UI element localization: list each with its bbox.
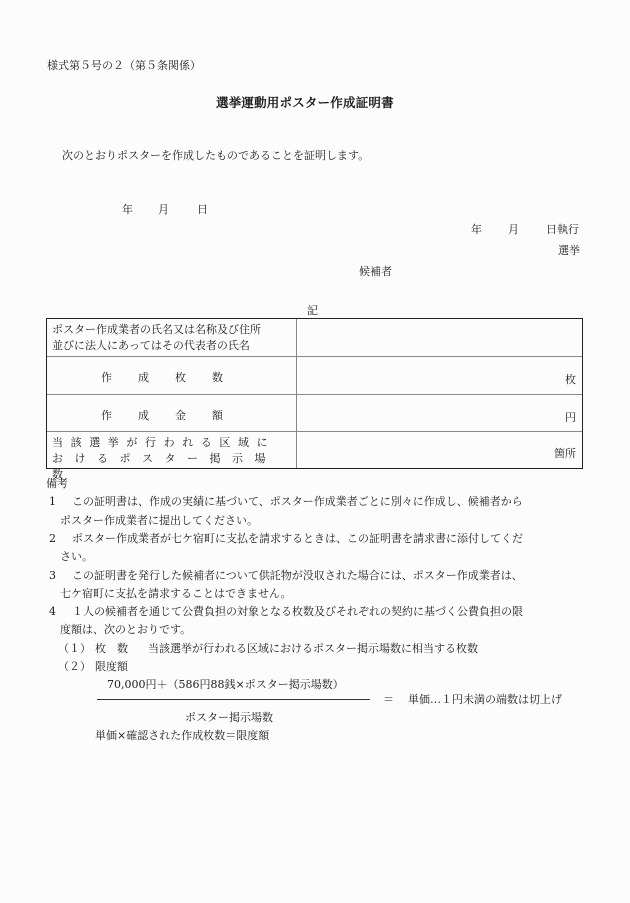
table-row-vendor: ポスター作成業者の氏名又は名称及び住所 並びに法人にあってはその代表者の氏名 — [47, 319, 582, 356]
table-row-count: 作 成 枚 数 枚 — [47, 356, 582, 394]
election-year: 年 — [471, 224, 482, 235]
election-month: 月 — [508, 224, 519, 235]
form-number: 様式第５号の２（第５条関係） — [47, 60, 201, 71]
formula-equals: ＝ — [383, 694, 394, 705]
table-row-amount: 作 成 金 額 円 — [47, 394, 582, 431]
vendor-label: ポスター作成業者の氏名又は名称及び住所 並びに法人にあってはその代表者の氏名 — [52, 322, 292, 354]
sites-label: 当該選挙が行われる区域に おけるポスター掲示場数 — [52, 435, 292, 483]
table-row-sites: 当該選挙が行われる区域に おけるポスター掲示場数 箇所 — [47, 431, 582, 468]
election-label: 選挙 — [558, 245, 580, 256]
formula-numerator: 70,000円＋（586円88銭×ポスター掲示場数） — [107, 679, 344, 690]
certificate-table: ポスター作成業者の氏名又は名称及び住所 並びに法人にあってはその代表者の氏名 作… — [46, 318, 583, 469]
page-title: 選挙運動用ポスター作成証明書 — [216, 97, 394, 110]
issue-year: 年 — [122, 204, 133, 215]
issue-month: 月 — [158, 204, 169, 215]
amount-label: 作 成 金 額 — [77, 408, 247, 424]
count-unit: 枚 — [565, 371, 576, 387]
issue-day: 日 — [197, 204, 208, 215]
amount-unit: 円 — [565, 409, 576, 425]
formula-result: 単価…１円未満の端数は切上げ — [408, 694, 562, 705]
candidate-label: 候補者 — [359, 266, 392, 277]
election-day: 日執行 — [546, 224, 579, 235]
intro-text: 次のとおりポスターを作成したものであることを証明します。 — [62, 150, 369, 161]
formula-final: 単価×確認された作成枚数＝限度額 — [95, 730, 269, 741]
sites-unit: 箇所 — [554, 445, 576, 461]
notes-heading: 備考 — [46, 478, 68, 489]
ki-label: 記 — [307, 305, 318, 316]
count-label: 作 成 枚 数 — [77, 370, 247, 386]
fraction-line — [97, 699, 370, 700]
formula-denominator: ポスター掲示場数 — [185, 712, 273, 723]
